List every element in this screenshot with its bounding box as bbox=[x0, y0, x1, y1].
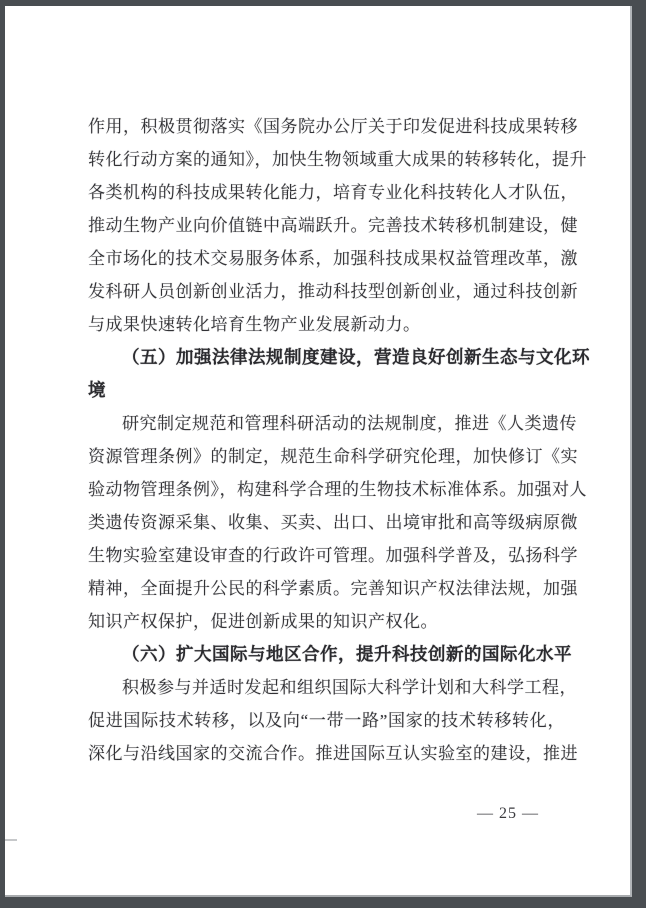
paragraph-line: 与成果快速转化培育生物产业发展新动力。 bbox=[88, 308, 565, 341]
paragraph-line: 类遗传资源采集、收集、买卖、出口、出境审批和高等级病原微 bbox=[88, 506, 565, 539]
paragraph-line: 验动物管理条例》，构建科学合理的生物技术标准体系。加强对人 bbox=[88, 473, 565, 506]
paragraph-line: 资源管理条例》的制定，规范生命科学研究伦理，加快修订《实 bbox=[88, 440, 565, 473]
paragraph-line: 知识产权保护，促进创新成果的知识产权化。 bbox=[88, 605, 565, 638]
paragraph-line: 精神，全面提升公民的科学素质。完善知识产权法律法规，加强 bbox=[88, 572, 565, 605]
paragraph-line: 深化与沿线国家的交流合作。推进国际互认实验室的建设，推进 bbox=[88, 737, 565, 770]
paragraph-line: 研究制定规范和管理科研活动的法规制度，推进《人类遗传 bbox=[88, 407, 565, 440]
paragraph-line: 作用，积极贯彻落实《国务院办公厅关于印发促进科技成果转移 bbox=[88, 110, 565, 143]
page-body: 作用，积极贯彻落实《国务院办公厅关于印发促进科技成果转移 转化行动方案的通知》，… bbox=[88, 110, 565, 770]
paragraph-line: 推动生物产业向价值链中高端跃升。完善技术转移机制建设，健 bbox=[88, 209, 565, 242]
section-5-heading-line: 境 bbox=[88, 374, 565, 407]
section-5-heading-line: （五）加强法律法规制度建设，营造良好创新生态与文化环 bbox=[88, 341, 565, 374]
paragraph-line: 生物实验室建设审查的行政许可管理。加强科学普及，弘扬科学 bbox=[88, 539, 565, 572]
section-6-heading-line: （六）扩大国际与地区合作，提升科技创新的国际化水平 bbox=[88, 638, 565, 671]
document-page: 作用，积极贯彻落实《国务院办公厅关于印发促进科技成果转移 转化行动方案的通知》，… bbox=[5, 6, 632, 897]
paragraph-line: 促进国际技术转移，以及向“一带一路”国家的技术转移转化， bbox=[88, 704, 565, 737]
paragraph-line: 积极参与并适时发起和组织国际大科学计划和大科学工程， bbox=[88, 671, 565, 704]
paragraph-line: 全市场化的技术交易服务体系，加强科技成果权益管理改革，激 bbox=[88, 242, 565, 275]
page-edge-shadow bbox=[5, 839, 17, 841]
paragraph-line: 各类机构的科技成果转化能力，培育专业化科技转化人才队伍， bbox=[88, 176, 565, 209]
paragraph-line: 发科研人员创新创业活力，推动科技型创新创业，通过科技创新 bbox=[88, 275, 565, 308]
page-number: — 25 — bbox=[433, 801, 583, 827]
document-viewer-background: 作用，积极贯彻落实《国务院办公厅关于印发促进科技成果转移 转化行动方案的通知》，… bbox=[0, 0, 646, 908]
paragraph-line: 转化行动方案的通知》，加快生物领域重大成果的转移转化，提升 bbox=[88, 143, 565, 176]
